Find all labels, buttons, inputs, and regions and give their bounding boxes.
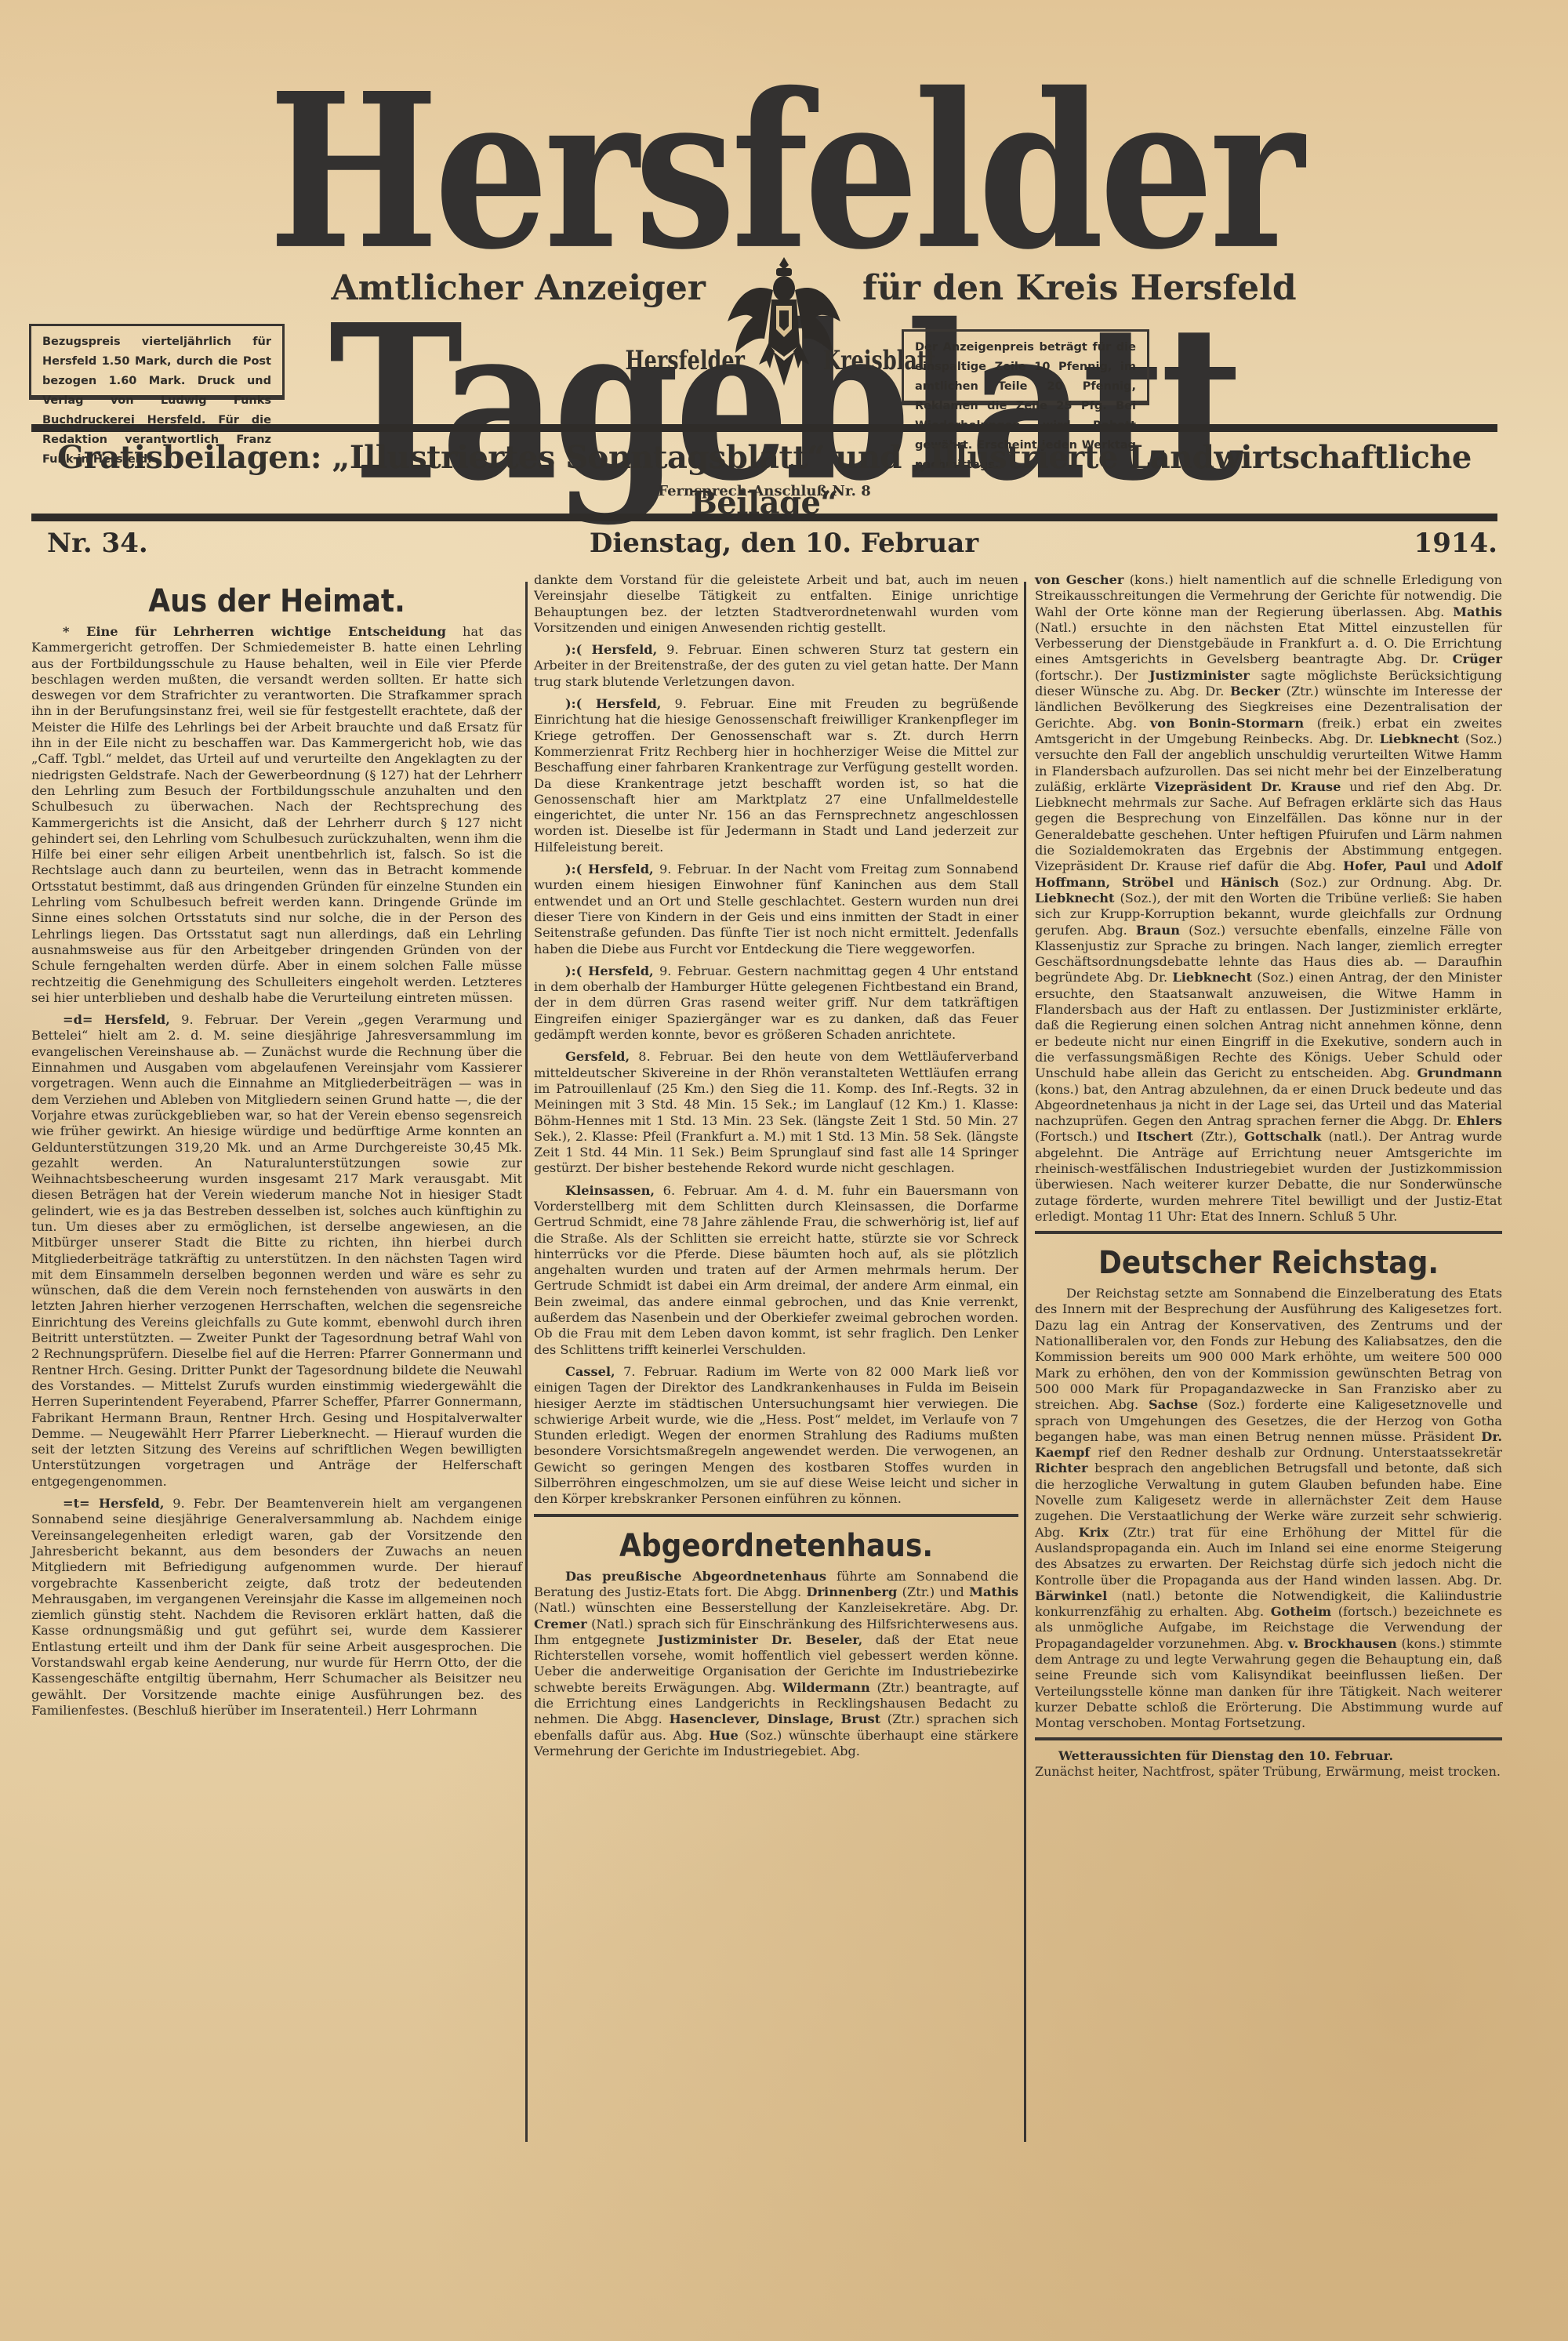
article-dateline: Kleinsassen,: [565, 1183, 655, 1198]
article-dateline: =t= Hersfeld,: [63, 1496, 165, 1511]
news-article: * Eine für Lehrherren wichtige Entscheid…: [31, 624, 522, 1006]
article-dateline: ):( Hersfeld,: [565, 964, 654, 978]
speaker-name: Das preußische Abgeordnetenhaus: [565, 1569, 826, 1584]
article-dateline: * Eine für Lehrherren wichtige Entscheid…: [63, 624, 446, 639]
speaker-name: Mathis: [1453, 604, 1502, 619]
weather-heading: Wetteraussichten für Dienstag den 10. Fe…: [1058, 1748, 1393, 1763]
news-article: =d= Hersfeld, 9. Februar. Der Verein „ge…: [31, 1012, 522, 1490]
speaker-name: Liebknecht: [1035, 891, 1115, 906]
local-news-articles: dankte dem Vorstand für die geleistete A…: [534, 572, 1018, 1508]
article-dateline: ):( Hersfeld,: [565, 696, 661, 711]
speaker-name: Drinnenberg: [806, 1584, 897, 1599]
weather-text: Zunächst heiter, Nachtfrost, später Trüb…: [1035, 1764, 1501, 1779]
news-article: =t= Hersfeld, 9. Febr. Der Beamtenverein…: [31, 1496, 522, 1719]
article-dateline: =d= Hersfeld,: [63, 1012, 170, 1027]
news-article: Kleinsassen, 6. Februar. Am 4. d. M. fuh…: [534, 1183, 1018, 1358]
supplements-line: Gratisbeilagen: „Illustriertes Sonntagsb…: [31, 435, 1497, 481]
telephone-line: Fernsprech-Anschluß Nr. 8: [31, 480, 1497, 503]
article-body: 9. Februar. Eine mit Freuden zu begrüßen…: [534, 696, 1018, 855]
section-rule: [1035, 1737, 1502, 1740]
column-2: dankte dem Vorstand für die geleistete A…: [534, 572, 1018, 1766]
column-divider: [525, 582, 528, 2142]
article-dateline: ):( Hersfeld,: [565, 642, 657, 657]
speaker-name: Dr. Kaempf: [1035, 1429, 1502, 1460]
article-dateline: ):( Hersfeld,: [565, 862, 654, 877]
speaker-name: Hänisch: [1221, 875, 1279, 890]
speaker-name: Braun: [1136, 923, 1180, 938]
news-article: ):( Hersfeld, 9. Februar. Eine mit Freud…: [534, 696, 1018, 855]
article-body: hat das Kammergericht getroffen. Der Sch…: [31, 624, 522, 1005]
article-dateline: Cassel,: [565, 1364, 615, 1379]
article-body: 9. Febr. Der Beamtenverein hielt am verg…: [31, 1496, 522, 1718]
news-article: ):( Hersfeld, 9. Februar. Einen schweren…: [534, 642, 1018, 690]
speaker-name: Itschert: [1137, 1129, 1193, 1144]
column-3: von Gescher (kons.) hielt namentlich auf…: [1035, 572, 1502, 1786]
speaker-name: Bärwinkel: [1035, 1588, 1107, 1603]
newspaper-page: Hersfelder Tageblatt Amtlicher Anzeiger …: [0, 0, 1568, 2341]
news-article: dankte dem Vorstand für die geleistete A…: [534, 572, 1018, 636]
article-body: 7. Februar. Radium im Werte von 82 000 M…: [534, 1364, 1018, 1506]
abgeordnetenhaus-report: Das preußische Abgeordnetenhaus führte a…: [534, 1569, 1018, 1760]
subscription-info-box: Bezugspreis vierteljährlich für Hersfeld…: [29, 324, 285, 397]
speaker-name: Hasenclever, Dinslage, Brust: [669, 1711, 880, 1726]
reichstag-report: Der Reichstag setzte am Sonnabend die Ei…: [1035, 1286, 1502, 1731]
speaker-name: Justizminister: [1149, 668, 1250, 683]
news-article: ):( Hersfeld, 9. Februar. Gestern nachmi…: [534, 964, 1018, 1043]
speaker-name: Richter: [1035, 1461, 1088, 1475]
speaker-name: Gotheim: [1271, 1604, 1331, 1619]
section-title-reichstag: Deutscher Reichstag.: [1058, 1242, 1479, 1284]
speaker-name: von Gescher: [1035, 572, 1123, 587]
heimat-articles: * Eine für Lehrherren wichtige Entscheid…: [31, 624, 522, 1719]
section-rule: [1035, 1231, 1502, 1234]
article-body: 6. Februar. Am 4. d. M. fuhr ein Bauersm…: [534, 1183, 1018, 1357]
speaker-name: Hue: [709, 1728, 738, 1743]
speaker-name: Ehlers: [1457, 1113, 1502, 1128]
speaker-name: Wildermann: [782, 1680, 870, 1695]
column-1: Aus der Heimat. * Eine für Lehrherren wi…: [31, 572, 522, 1725]
issue-number: Nr. 34.: [47, 524, 251, 563]
speaker-name: v. Brockhausen: [1288, 1636, 1397, 1651]
speaker-name: Gottschalk: [1244, 1129, 1321, 1144]
abgeordnetenhaus-report-continued: von Gescher (kons.) hielt namentlich auf…: [1035, 572, 1502, 1225]
advertising-info-box: Der Anzeigenpreis beträgt für die einspa…: [902, 329, 1149, 403]
issue-year: 1914.: [1333, 524, 1497, 563]
speaker-name: Sachse: [1149, 1397, 1198, 1412]
speaker-name: Mathis: [969, 1584, 1018, 1599]
speaker-name: Justizminister Dr. Beseler,: [658, 1632, 862, 1647]
news-article: Cassel, 7. Februar. Radium im Werte von …: [534, 1364, 1018, 1508]
news-article: ):( Hersfeld, 9. Februar. In der Nacht v…: [534, 862, 1018, 957]
news-article: Gersfeld, 8. Februar. Bei den heute von …: [534, 1049, 1018, 1176]
section-rule: [534, 1514, 1018, 1517]
masthead-subtitle-left: Amtlicher Anzeiger: [314, 265, 706, 312]
speaker-name: Liebknecht: [1172, 970, 1252, 985]
article-body: 8. Februar. Bei den heute von dem Wettlä…: [534, 1049, 1018, 1175]
column-divider: [1024, 582, 1026, 2142]
issue-date: Dienstag, den 10. Februar: [510, 524, 1058, 563]
speaker-name: Krix: [1079, 1525, 1109, 1540]
emblem-label-left: Hersfelder: [615, 337, 745, 384]
speaker-name: Crüger: [1453, 651, 1502, 666]
speaker-name: Becker: [1230, 684, 1280, 699]
article-body: 9. Februar. Der Verein „gegen Verarmung …: [31, 1012, 522, 1489]
masthead-rule-top: [31, 424, 1497, 432]
article-dateline: Gersfeld,: [565, 1049, 630, 1064]
masthead-subtitle-right: für den Kreis Hersfeld: [862, 265, 1301, 312]
weather-forecast: Wetteraussichten für Dienstag den 10. Fe…: [1035, 1748, 1502, 1780]
speaker-name: Grundmann: [1417, 1065, 1502, 1080]
speaker-name: Cremer: [534, 1617, 587, 1631]
speaker-name: Hofer, Paul: [1343, 858, 1426, 873]
masthead-rule-bottom: [31, 514, 1497, 521]
section-title-abgeordnetenhaus: Abgeordnetenhaus.: [558, 1525, 994, 1567]
speaker-name: Vizepräsident Dr. Krause: [1155, 779, 1341, 794]
speaker-name: Liebknecht: [1380, 731, 1460, 746]
speaker-name: von Bonin-Stormarn: [1150, 716, 1304, 731]
section-title-heimat: Aus der Heimat.: [56, 580, 497, 622]
article-body: dankte dem Vorstand für die geleistete A…: [534, 572, 1018, 635]
